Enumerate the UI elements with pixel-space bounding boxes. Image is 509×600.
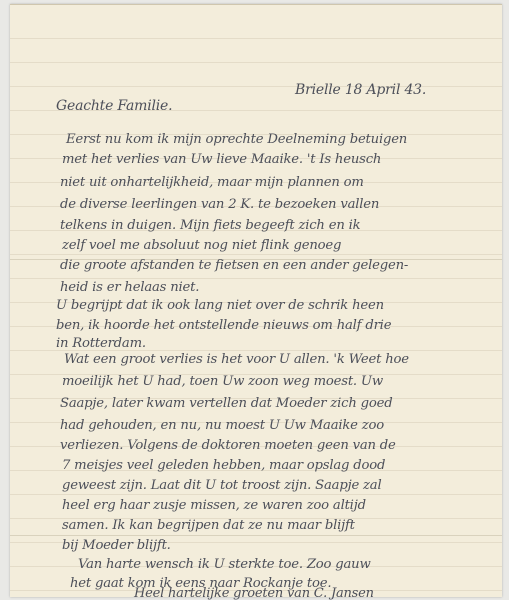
- letter-line: ben, ik hoorde het ontstellende nieuws o…: [56, 318, 391, 333]
- letter-line: samen. Ik kan begrijpen dat ze nu maar b…: [62, 518, 355, 533]
- salutation: Geachte Familie.: [56, 98, 172, 114]
- letter-line: Wat een groot verlies is het voor U alle…: [64, 352, 409, 367]
- letter-line: moeilijk het U had, toen Uw zoon weg moe…: [62, 374, 383, 389]
- letter-line: Saapje, later kwam vertellen dat Moeder …: [60, 396, 392, 411]
- letter-line: in Rotterdam.: [56, 336, 146, 351]
- letter-line: 7 meisjes veel geleden hebben, maar opsl…: [62, 458, 385, 473]
- closing-signature: Heel hartelijke groeten van C. Jansen: [134, 586, 374, 600]
- letter-line: zelf voel me absoluut nog niet flink gen…: [62, 238, 341, 253]
- letter-line: de diverse leerlingen van 2 K. te bezoek…: [60, 197, 379, 212]
- letter-line: die groote afstanden te fietsen en een a…: [60, 258, 408, 273]
- paper-fold-line: [10, 535, 502, 536]
- letter-line: Van harte wensch ik U sterkte toe. Zoo g…: [78, 557, 371, 572]
- letter-line: met het verlies van Uw lieve Maaike. 't …: [62, 152, 381, 167]
- letter-line: niet uit onhartelijkheid, maar mijn plan…: [60, 175, 364, 190]
- letter-line: geweest zijn. Laat dit U tot troost zijn…: [62, 478, 381, 493]
- letter-line: heid is er helaas niet.: [60, 280, 199, 295]
- letter-line: verliezen. Volgens de doktoren moeten ge…: [60, 438, 396, 453]
- letter-line: U begrijpt dat ik ook lang niet over de …: [56, 298, 384, 313]
- letter-line: had gehouden, en nu, nu moest U Uw Maaik…: [60, 418, 384, 433]
- place-date: Brielle 18 April 43.: [295, 82, 426, 98]
- letter-line: heel erg haar zusje missen, ze waren zoo…: [62, 498, 366, 513]
- letter-line: telkens in duigen. Mijn fiets begeeft zi…: [60, 218, 360, 233]
- letter-line: bij Moeder blijft.: [62, 538, 171, 553]
- letter-line: Eerst nu kom ik mijn oprechte Deelneming…: [66, 132, 407, 147]
